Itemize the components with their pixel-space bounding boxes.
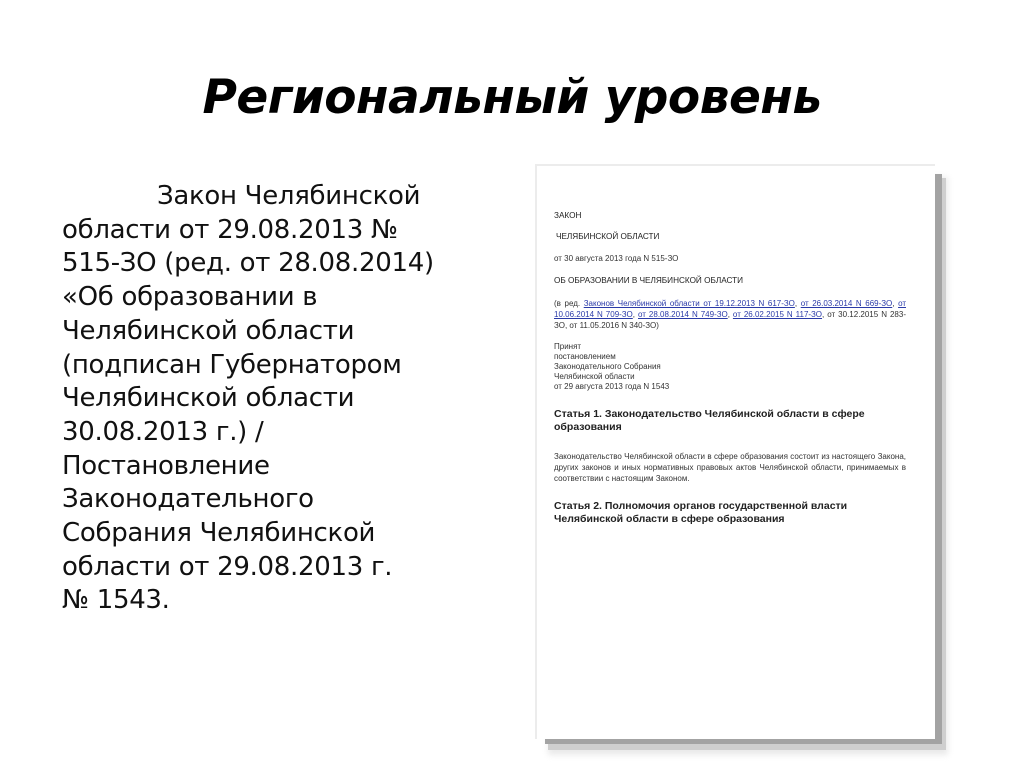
body-line: Челябинской области [62,382,512,416]
doc-article-2-title: Статья 2. Полномочия органов государстве… [554,500,914,526]
doc-subject: ОБ ОБРАЗОВАНИИ В ЧЕЛЯБИНСКОЙ ОБЛАСТИ [554,276,743,285]
body-line: Закон Челябинской [62,180,512,214]
document-page-image: ЗАКОН ЧЕЛЯБИНСКОЙ ОБЛАСТИ от 30 августа … [535,164,935,739]
body-line: Челябинской области [62,315,512,349]
body-line: 515-ЗО (ред. от 28.08.2014) [62,247,512,281]
doc-adopted-line: от 29 августа 2013 года N 1543 [554,382,669,391]
revision-link[interactable]: от 26.03.2014 N 669-ЗО [801,299,893,308]
doc-header-law: ЗАКОН [554,211,581,220]
doc-article-1-title: Статья 1. Законодательство Челябинской о… [554,408,914,434]
doc-adopted-line: Принят [554,342,581,351]
body-line: 30.08.2013 г.) / [62,416,512,450]
doc-adopted-line: Законодательного Собрания [554,362,661,371]
body-line: № 1543. [62,584,512,618]
body-line: Законодательного [62,483,512,517]
revision-link[interactable]: Законов Челябинской области от 19.12.201… [584,299,795,308]
body-line: Собрания Челябинской [62,517,512,551]
body-line: области от 29.08.2013 № [62,214,512,248]
doc-adopted-line: постановлением [554,352,616,361]
body-line: (подписан Губернатором [62,349,512,383]
doc-date-line: от 30 августа 2013 года N 515-ЗО [554,254,678,263]
doc-adopted-line: Челябинской области [554,372,635,381]
body-line: Постановление [62,450,512,484]
doc-revisions: (в ред. Законов Челябинской области от 1… [554,298,906,331]
body-line: области от 29.08.2013 г. [62,551,512,585]
body-line: «Об образовании в [62,281,512,315]
doc-header-region: ЧЕЛЯБИНСКОЙ ОБЛАСТИ [556,232,659,241]
revision-link[interactable]: от 26.02.2015 N 117-ЗО [733,310,822,319]
slide-title: Региональный уровень [0,66,1024,130]
revision-link[interactable]: от 28.08.2014 N 749-ЗО [638,310,728,319]
slide-body-text: Закон Челябинской области от 29.08.2013 … [62,180,512,618]
doc-article-1-text: Законодательство Челябинской области в с… [554,451,906,484]
